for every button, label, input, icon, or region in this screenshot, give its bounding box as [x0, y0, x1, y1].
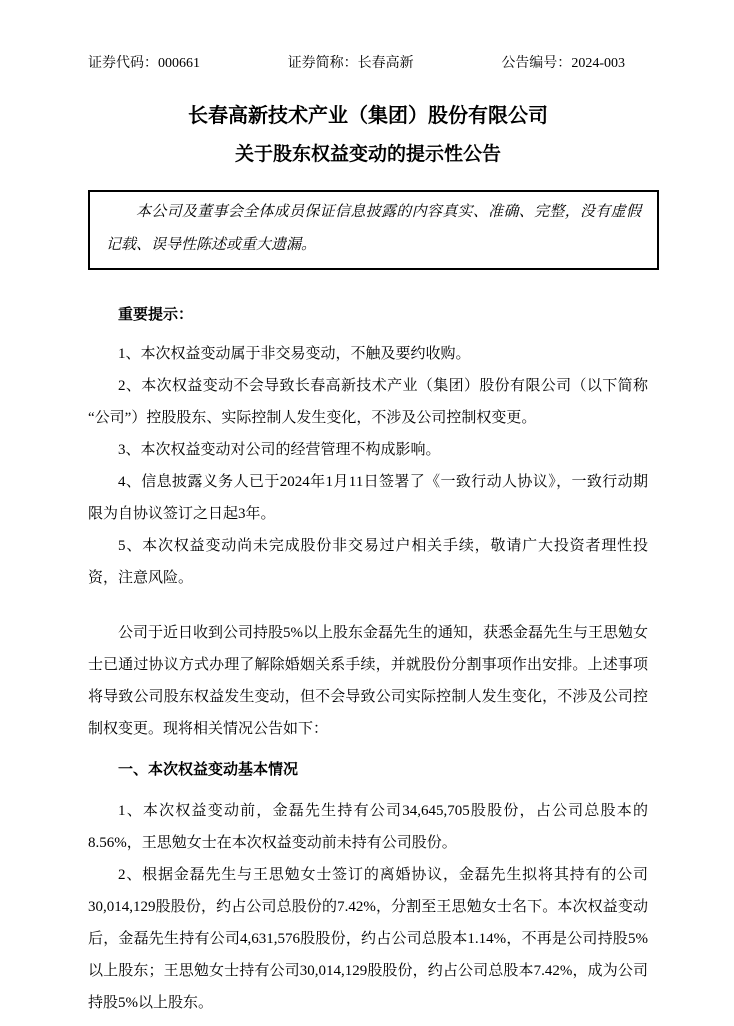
section1-heading: 一、本次权益变动基本情况 [88, 754, 648, 786]
stock-name-label: 证券简称： [288, 56, 358, 71]
stock-code-value: 000661 [158, 56, 200, 71]
important-item-5: 5、本次权益变动尚未完成股份非交易过户相关手续，敬请广大投资者理性投资，注意风险… [88, 530, 648, 594]
announcement-title: 关于股东权益变动的提示性公告 [88, 143, 648, 167]
announcement-number-label: 公告编号： [501, 56, 571, 71]
company-title: 长春高新技术产业（集团）股份有限公司 [88, 104, 648, 128]
announcement-number-value: 2024-003 [571, 56, 625, 71]
section1-item-1: 1、本次权益变动前，金磊先生持有公司34,645,705股股份，占公司总股本的8… [88, 795, 648, 859]
securities-header: 证券代码：000661 证券简称：长春高新 公告编号：2024-003 [88, 55, 625, 73]
stock-code: 证券代码：000661 [88, 55, 200, 73]
announcement-number: 公告编号：2024-003 [501, 55, 625, 73]
important-item-3: 3、本次权益变动对公司的经营管理不构成影响。 [88, 434, 648, 466]
section1-item-2: 2、根据金磊先生与王思勉女士签订的离婚协议，金磊先生拟将其持有的公司30,014… [88, 859, 648, 1019]
important-item-1: 1、本次权益变动属于非交易变动，不触及要约收购。 [88, 338, 648, 370]
important-item-4: 4、信息披露义务人已于2024年1月11日签署了《一致行动人协议》，一致行动期限… [88, 466, 648, 530]
stock-name-value: 长春高新 [358, 56, 414, 71]
disclaimer-text: 本公司及董事会全体成员保证信息披露的内容真实、准确、完整，没有虚假记载、误导性陈… [106, 204, 641, 253]
important-item-2: 2、本次权益变动不会导致长春高新技术产业（集团）股份有限公司（以下简称“公司”）… [88, 370, 648, 434]
important-notice-heading: 重要提示： [88, 299, 648, 331]
stock-name: 证券简称：长春高新 [288, 55, 414, 73]
intro-paragraph: 公司于近日收到公司持股5%以上股东金磊先生的通知，获悉金磊先生与王思勉女士已通过… [88, 617, 648, 745]
disclaimer-box: 本公司及董事会全体成员保证信息披露的内容真实、准确、完整，没有虚假记载、误导性陈… [88, 190, 659, 270]
announcement-page: 证券代码：000661 证券简称：长春高新 公告编号：2024-003 长春高新… [0, 0, 734, 1026]
stock-code-label: 证券代码： [88, 56, 158, 71]
